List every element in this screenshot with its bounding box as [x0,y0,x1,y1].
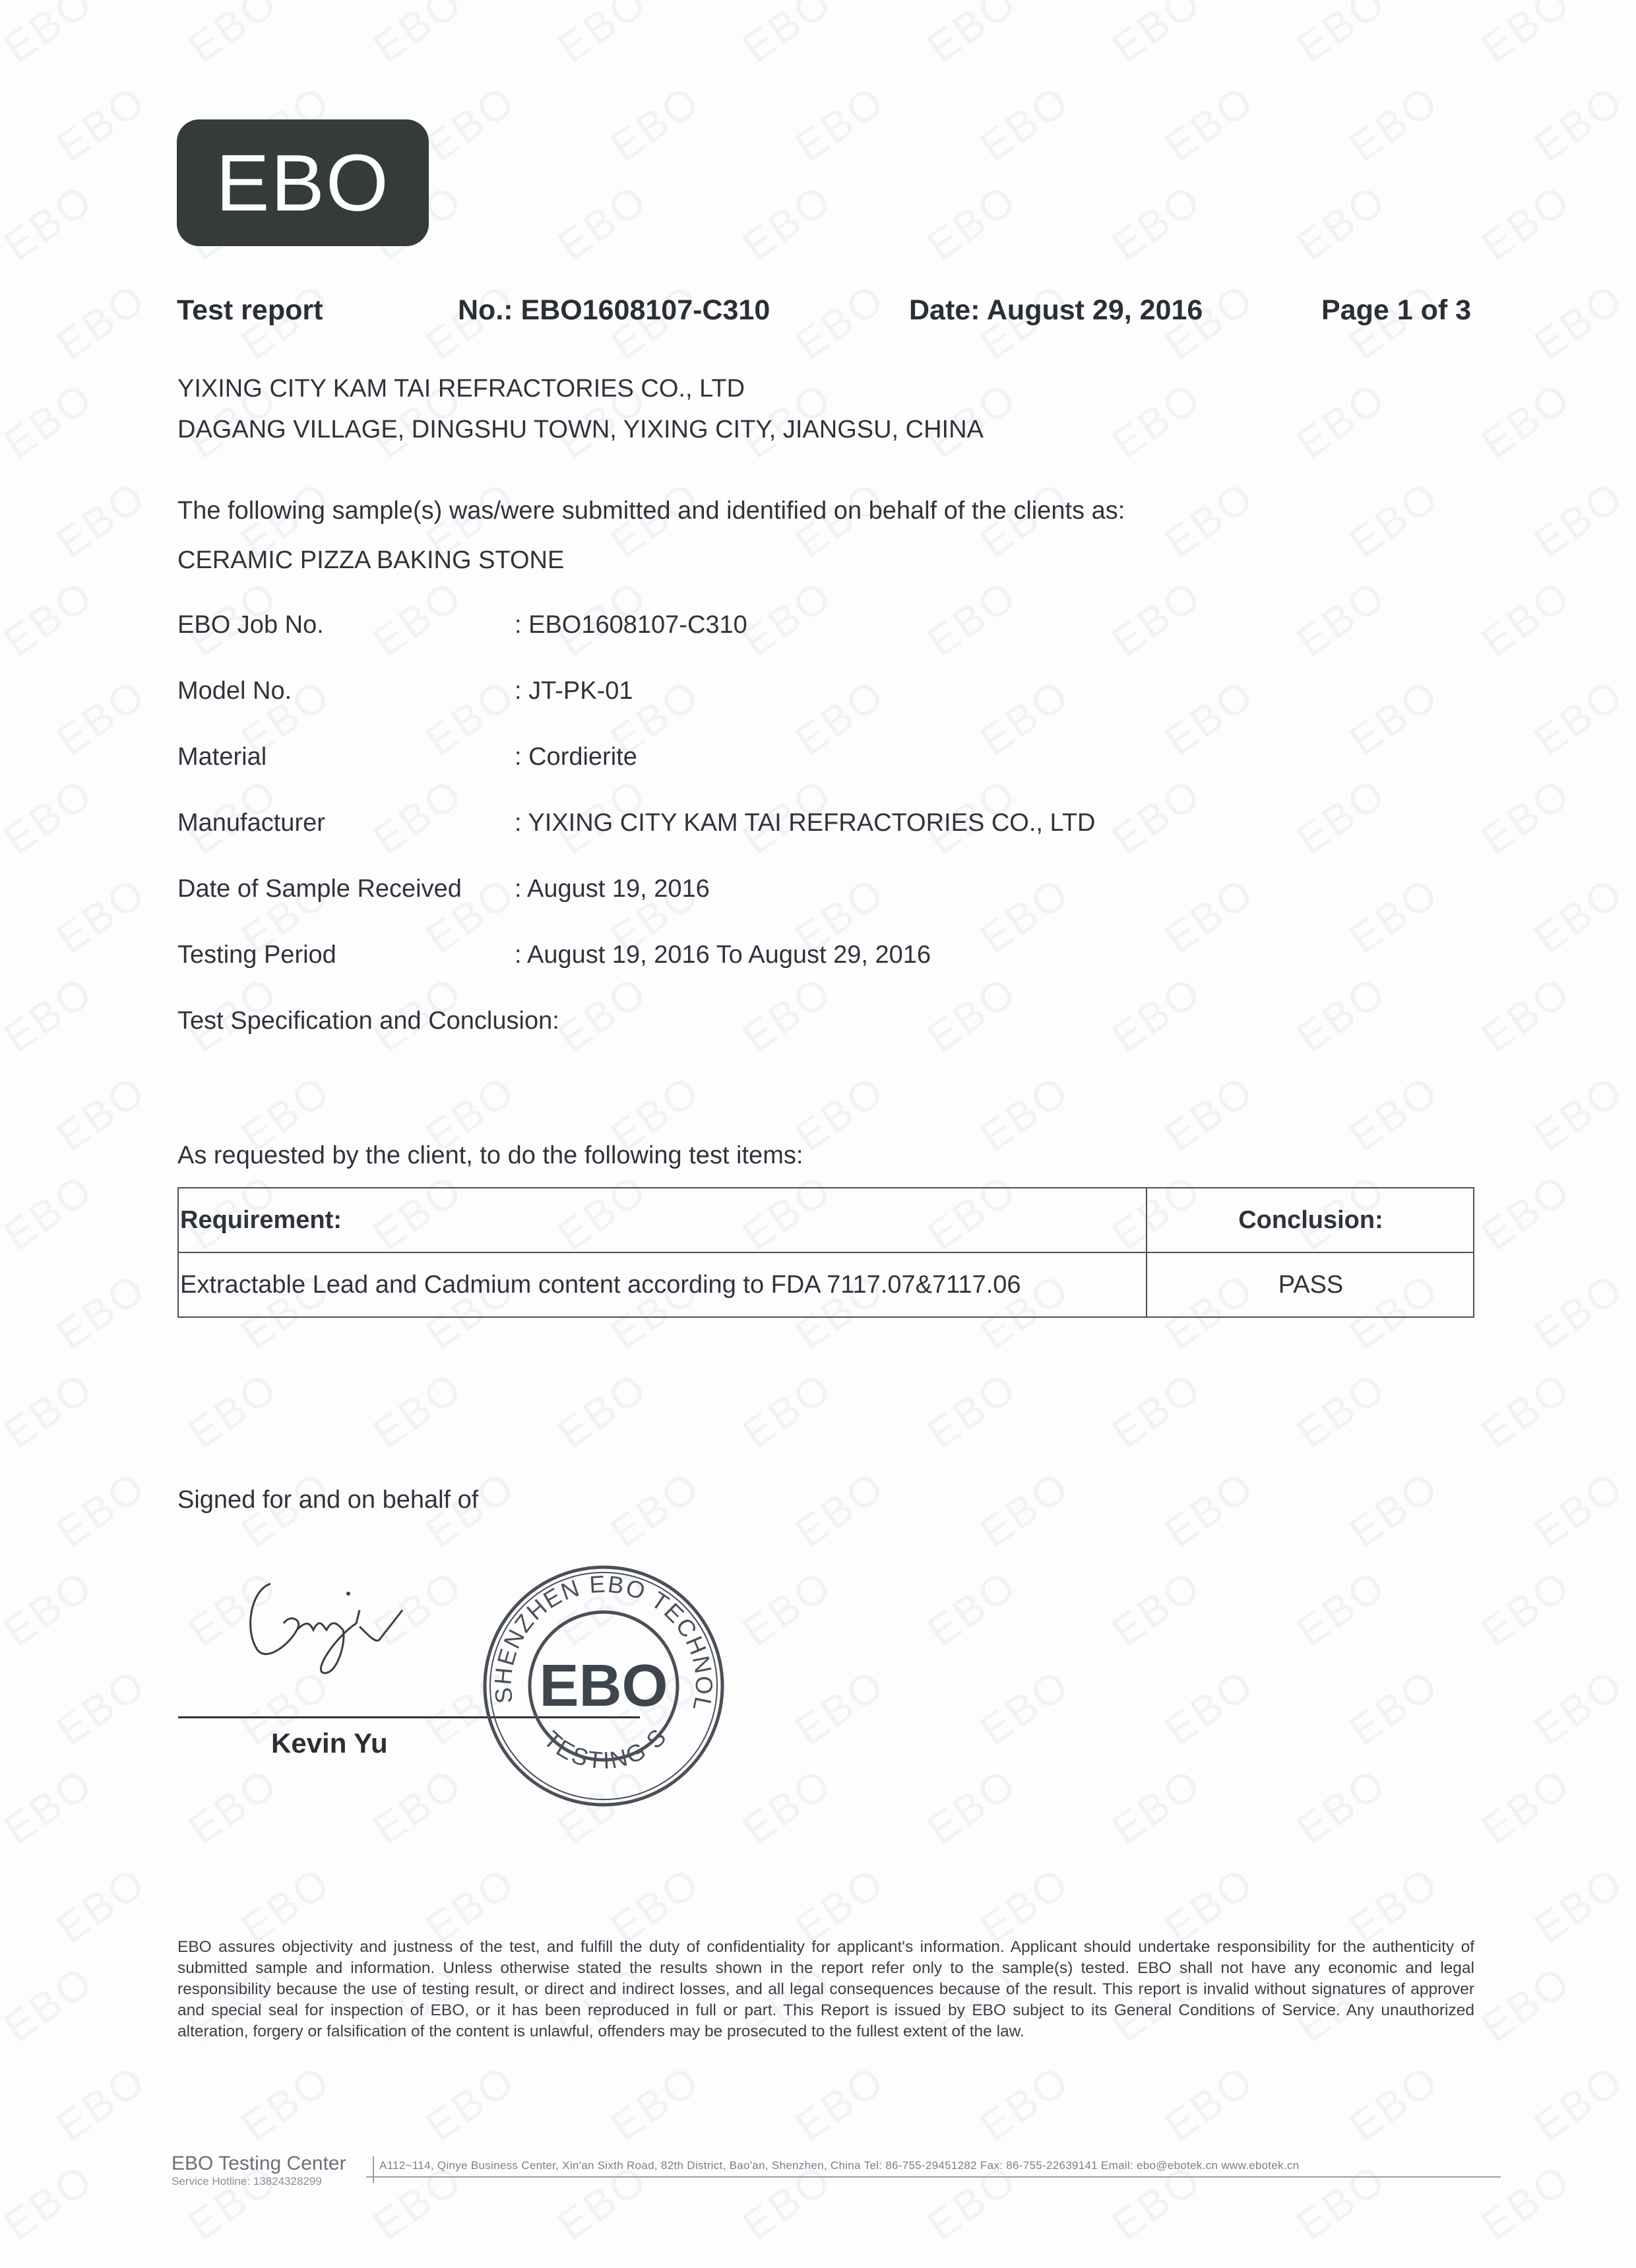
watermark-text: EBO [602,2055,709,2151]
watermark-text: EBO [0,768,102,864]
watermark-text: EBO [971,1065,1079,1161]
watermark-text: EBO [417,669,524,765]
watermark-text: EBO [1288,768,1395,864]
detail-label: Model No. [177,677,292,705]
watermark-text: EBO [734,0,841,73]
header-conclusion: Conclusion: [1147,1188,1474,1252]
header-requirement: Requirement: [178,1188,1147,1252]
watermark-text: EBO [1472,1362,1580,1458]
watermark-text: EBO [1156,75,1263,171]
watermark-text: EBO [786,273,894,369]
disclaimer-text: EBO assures objectivity and justness of … [177,1937,1474,2042]
watermark-text: EBO [918,1362,1026,1458]
watermark-text: EBO [786,669,894,765]
watermark-text: EBO [971,1659,1079,1755]
stamp-center-text: EBO [539,1653,668,1719]
watermark-text: EBO [1340,2055,1448,2151]
footer-contact-address: A112~114, Qinye Business Center, Xin'an … [379,2159,1300,2172]
watermark-text: EBO [0,372,102,468]
detail-value: : JT-PK-01 [515,677,633,705]
watermark-text: EBO [364,768,472,864]
detail-value: : August 19, 2016 To August 29, 2016 [515,941,931,969]
watermark-text: EBO [734,174,841,270]
watermark-text: EBO [1156,669,1263,765]
watermark-text: EBO [1103,0,1211,73]
request-text: As requested by the client, to do the fo… [177,1142,803,1170]
watermark-text: EBO [1288,1362,1395,1458]
footer-branding: EBO Testing Center Service Hotline: 1382… [172,2153,346,2188]
watermark-text: EBO [1525,1461,1633,1557]
watermark-text: EBO [734,966,841,1062]
ebo-watermark-pattern: EBOEBOEBOEBOEBOEBOEBOEBOEBOEBOEBOEBOEBOE… [0,0,1636,2268]
watermark-text: EBO [47,1065,155,1161]
watermark-text: EBO [232,2055,340,2151]
watermark-text: EBO [47,273,155,369]
watermark-text: EBO [47,1263,155,1359]
detail-value: : Cordierite [515,743,637,771]
watermark-text: EBO [47,75,155,171]
watermark-text: EBO [1103,570,1211,666]
watermark-text: EBO [1472,768,1580,864]
watermark-text: EBO [918,570,1026,666]
watermark-text: EBO [786,75,894,171]
watermark-text: EBO [1472,1758,1580,1854]
ebo-logo: EBO [177,119,429,246]
watermark-text: EBO [1472,174,1580,270]
watermark-text: EBO [1340,75,1448,171]
watermark-text: EBO [0,1362,102,1458]
detail-value: : YIXING CITY KAM TAI REFRACTORIES CO., … [515,809,1096,837]
watermark-text: EBO [1525,867,1633,963]
watermark-text: EBO [1103,966,1211,1062]
signed-on-behalf-text: Signed for and on behalf of [177,1486,478,1514]
watermark-text: EBO [0,570,102,666]
watermark-text: EBO [1472,0,1580,73]
watermark-text: EBO [1472,1956,1580,2052]
watermark-text: EBO [0,0,102,73]
service-hotline: Service Hotline: 13824328299 [172,2175,346,2188]
watermark-text: EBO [1340,471,1448,567]
detail-label: EBO Job No. [177,611,324,639]
watermark-text: EBO [1525,273,1633,369]
watermark-text: EBO [602,1461,709,1557]
watermark-text: EBO [1340,1065,1448,1161]
detail-label: Date of Sample Received [177,875,462,903]
watermark-text: EBO [734,1362,841,1458]
watermark-text: EBO [549,1362,656,1458]
watermark-text: EBO [0,2154,102,2250]
watermark-text: EBO [918,966,1026,1062]
watermark-text: EBO [364,570,472,666]
watermark-text: EBO [786,1461,894,1557]
table-row: Extractable Lead and Cadmium content acc… [178,1252,1474,1317]
watermark-text: EBO [1288,570,1395,666]
watermark-text: EBO [1525,669,1633,765]
watermark-text: EBO [179,0,287,73]
watermark-text: EBO [47,669,155,765]
watermark-text: EBO [734,570,841,666]
watermark-text: EBO [1525,1857,1633,1953]
watermark-text: EBO [1525,1659,1633,1755]
watermark-text: EBO [1103,174,1211,270]
watermark-text: EBO [1472,372,1580,468]
watermark-text: EBO [549,174,656,270]
watermark-text: EBO [918,0,1026,73]
watermark-text: EBO [1288,1560,1395,1656]
watermark-text: EBO [1156,867,1263,963]
watermark-text: EBO [971,867,1079,963]
watermark-text: EBO [1340,1659,1448,1755]
watermark-text: EBO [971,75,1079,171]
logo-text: EBO [216,137,390,229]
watermark-text: EBO [1156,2055,1263,2151]
watermark-text: EBO [786,2055,894,2151]
watermark-text: EBO [971,1461,1079,1557]
watermark-text: EBO [1525,75,1633,171]
watermark-text: EBO [918,1560,1026,1656]
watermark-text: EBO [1472,570,1580,666]
watermark-text: EBO [786,1659,894,1755]
watermark-text: EBO [1525,1065,1633,1161]
watermark-text: EBO [1156,1461,1263,1557]
watermark-text: EBO [734,1560,841,1656]
testing-center-name: EBO Testing Center [172,2153,346,2175]
watermark-text: EBO [0,1758,102,1854]
watermark-text: EBO [1103,1362,1211,1458]
watermark-text: EBO [1156,471,1263,567]
watermark-text: EBO [918,174,1026,270]
watermark-text: EBO [1288,174,1395,270]
watermark-text: EBO [971,669,1079,765]
watermark-text: EBO [734,1758,841,1854]
signer-name: Kevin Yu [271,1728,388,1759]
watermark-text: EBO [1288,2154,1395,2250]
watermark-text: EBO [1156,1659,1263,1755]
sample-name: CERAMIC PIZZA BAKING STONE [177,546,564,575]
watermark-text: EBO [1525,2055,1633,2151]
watermark-text: EBO [602,75,709,171]
watermark-text: EBO [179,1758,287,1854]
watermark-text: EBO [1156,1065,1263,1161]
watermark-text: EBO [1288,0,1395,73]
watermark-text: EBO [0,1956,102,2052]
watermark-text: EBO [417,75,524,171]
report-number: No.: EBO1608107-C310 [458,294,770,327]
watermark-text: EBO [47,2055,155,2151]
watermark-text: EBO [1340,669,1448,765]
ebo-seal-stamp-icon: SHENZHEN EBO TECHNOLOGY CO.,LTD TESTING … [475,1557,732,1815]
watermark-text: EBO [549,0,656,73]
watermark-text: EBO [364,1758,472,1854]
detail-value: : August 19, 2016 [515,875,710,903]
client-name: YIXING CITY KAM TAI REFRACTORIES CO., LT… [177,375,745,403]
spec-heading: Test Specification and Conclusion: [177,1007,559,1035]
watermark-text: EBO [47,471,155,567]
watermark-text: EBO [1340,867,1448,963]
conclusion-cell: PASS [1147,1252,1474,1317]
watermark-text: EBO [47,1659,155,1755]
watermark-text: EBO [0,1164,102,1260]
watermark-text: EBO [1103,1758,1211,1854]
watermark-text: EBO [1288,1758,1395,1854]
report-date: Date: August 29, 2016 [909,294,1203,327]
watermark-text: EBO [364,0,472,73]
detail-value: : EBO1608107-C310 [515,611,747,639]
watermark-text: EBO [47,867,155,963]
watermark-text: EBO [1525,471,1633,567]
table-header-row: Requirement: Conclusion: [178,1188,1474,1252]
watermark-text: EBO [971,2055,1079,2151]
watermark-text: EBO [0,966,102,1062]
watermark-text: EBO [1472,966,1580,1062]
report-title: Test report [177,294,323,327]
detail-label: Manufacturer [177,809,325,837]
watermark-text: EBO [0,174,102,270]
watermark-text: EBO [0,1560,102,1656]
watermark-text: EBO [1472,2154,1580,2250]
watermark-text: EBO [1525,1263,1633,1359]
footer-rule [366,2176,1501,2178]
watermark-text: EBO [364,1362,472,1458]
watermark-text: EBO [47,1857,155,1953]
intro-text: The following sample(s) was/were submitt… [177,497,1125,525]
detail-label: Testing Period [177,941,336,969]
watermark-text: EBO [918,1758,1026,1854]
watermark-text: EBO [1288,966,1395,1062]
watermark-text: EBO [1472,1560,1580,1656]
watermark-text: EBO [1103,768,1211,864]
handwritten-signature-icon [244,1564,442,1683]
watermark-text: EBO [179,1362,287,1458]
watermark-text: EBO [1103,1560,1211,1656]
watermark-text: EBO [549,966,656,1062]
watermark-text: EBO [47,1461,155,1557]
detail-label: Material [177,743,267,771]
requirement-cell: Extractable Lead and Cadmium content acc… [178,1252,1147,1317]
page-indicator: Page 1 of 3 [1321,294,1471,327]
client-address: DAGANG VILLAGE, DINGSHU TOWN, YIXING CIT… [177,416,984,444]
watermark-text: EBO [1340,1461,1448,1557]
footer-separator [373,2156,374,2183]
watermark-text: EBO [1288,372,1395,468]
watermark-text: EBO [417,2055,524,2151]
requirements-table: Requirement: Conclusion: Extractable Lea… [177,1187,1474,1318]
watermark-text: EBO [1103,372,1211,468]
watermark-text: EBO [1472,1164,1580,1260]
